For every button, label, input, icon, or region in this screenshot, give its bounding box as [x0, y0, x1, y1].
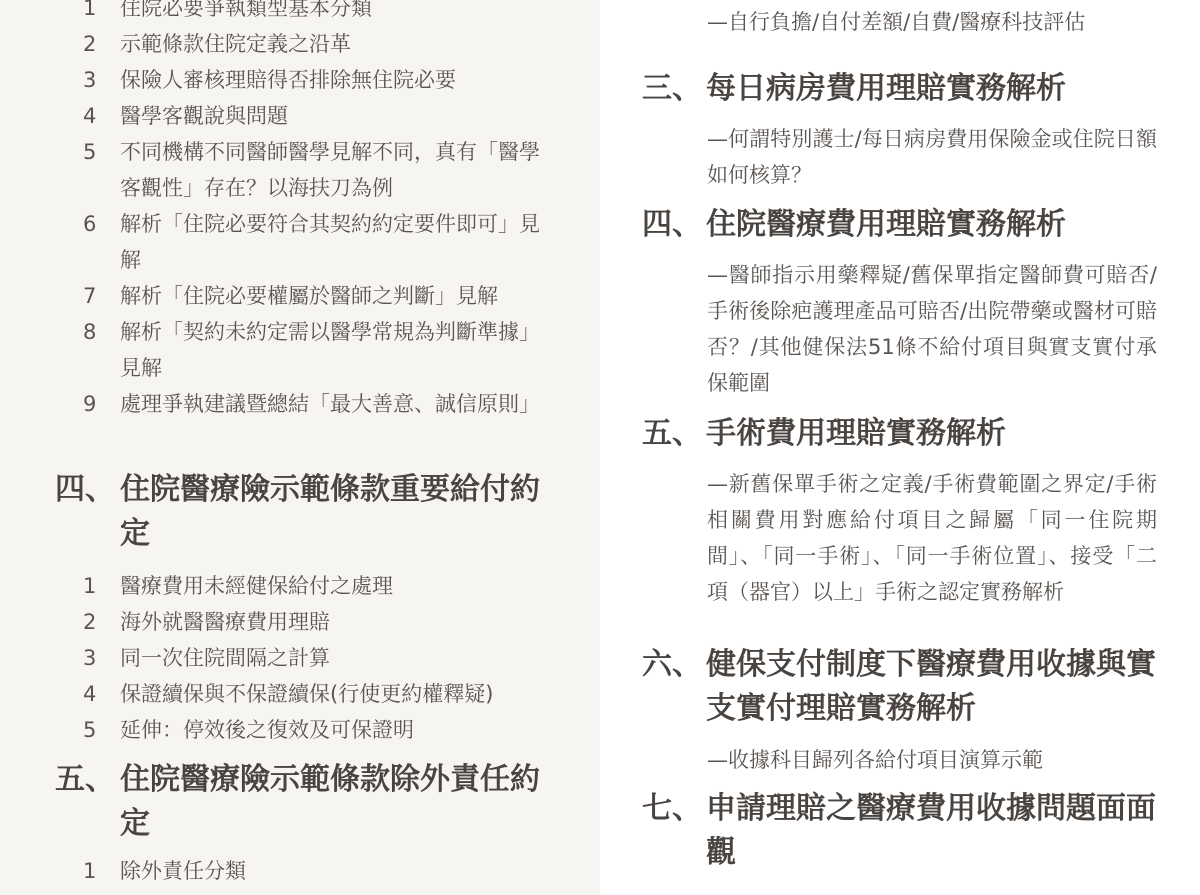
- item-number: 9: [83, 386, 103, 422]
- item-text: 解析「住院必要權屬於醫師之判斷」見解: [120, 278, 540, 314]
- section-description: —新舊保單手術之定義/手術費範圍之界定/手術相關費用對應給付項目之歸屬「同一住院…: [707, 466, 1157, 610]
- item-text: 處理爭執建議暨總結「最大善意、誠信原則」: [120, 386, 540, 422]
- section-title: 手術費用理賠實務解析: [706, 412, 1156, 456]
- item-number: 2: [83, 604, 103, 640]
- section-description: —何謂特別護士/每日病房費用保險金或住院日額如何核算？: [707, 121, 1157, 193]
- section-number: 七、: [642, 787, 702, 831]
- list-item: 9 處理爭執建議暨總結「最大善意、誠信原則」: [0, 386, 600, 458]
- list-item: 5 延伸：停效後之復效及可保證明: [0, 712, 600, 748]
- section-title: 住院醫療險示範條款重要給付約定: [120, 468, 550, 556]
- section-number: 五、: [642, 412, 702, 456]
- item-text: 解析「住院必要符合其契約約定要件即可」見解: [120, 206, 540, 278]
- list-item: 3 保險人審核理賠得否排除無住院必要: [0, 62, 600, 98]
- list-item: 2 海外就醫醫療費用理賠: [0, 604, 600, 640]
- item-number: 3: [83, 62, 103, 98]
- item-text: 示範條款住院定義之沿革: [120, 26, 540, 62]
- item-number: 2: [83, 26, 103, 62]
- right-column: —自行負擔/自付差額/自費/醫療科技評估 三、 每日病房費用理賠實務解析 —何謂…: [600, 0, 1200, 895]
- section-title: 健保支付制度下醫療費用收據與實支實付理賠實務解析: [706, 643, 1156, 731]
- item-text: 保證續保與不保證續保(行使更約權釋疑): [120, 676, 540, 712]
- section-description: —自行負擔/自付差額/自費/醫療科技評估: [707, 4, 1157, 40]
- list-item: 1 除外責任分類: [0, 853, 600, 889]
- section-number: 四、: [55, 468, 115, 512]
- item-text: 除外責任分類: [120, 853, 540, 889]
- item-text: 醫學客觀說與問題: [120, 98, 540, 134]
- section-heading: 四、 住院醫療險示範條款重要給付約定: [55, 468, 555, 556]
- section-heading: 七、 申請理賠之醫療費用收據問題面面觀: [642, 787, 1162, 875]
- item-number: 6: [83, 206, 103, 242]
- item-number: 1: [83, 0, 103, 26]
- item-text: 海外就醫醫療費用理賠: [120, 604, 540, 640]
- list-item: 6 解析「住院必要符合其契約約定要件即可」見解: [0, 206, 600, 278]
- section-heading: 五、 手術費用理賠實務解析: [642, 412, 1162, 456]
- item-text: 住院必要爭執類型基本分類: [120, 0, 540, 26]
- item-number: 5: [83, 712, 103, 748]
- item-text: 不同機構不同醫師醫學見解不同，真有「醫學客觀性」存在？以海扶刀為例: [120, 134, 540, 206]
- item-text: 解析「契約未約定需以醫學常規為判斷準據」見解: [120, 314, 540, 386]
- list-item: 4 保證續保與不保證續保(行使更約權釋疑): [0, 676, 600, 712]
- section-title: 每日病房費用理賠實務解析: [706, 67, 1156, 111]
- item-number: 3: [83, 640, 103, 676]
- item-text: 醫療費用未經健保給付之處理: [120, 568, 540, 604]
- section-title: 住院醫療費用理賠實務解析: [706, 203, 1156, 247]
- list-item: 3 同一次住院間隔之計算: [0, 640, 600, 676]
- list-item: 1 醫療費用未經健保給付之處理: [0, 568, 600, 604]
- section-title: 申請理賠之醫療費用收據問題面面觀: [706, 787, 1156, 875]
- section-description: —醫師指示用藥釋疑/舊保單指定醫師費可賠否/手術後除疤護理產品可賠否/出院帶藥或…: [707, 257, 1157, 401]
- section-title: 住院醫療險示範條款除外責任約定: [120, 758, 550, 846]
- item-number: 1: [83, 568, 103, 604]
- section-heading: 三、 每日病房費用理賠實務解析: [642, 67, 1162, 111]
- left-column: 1 住院必要爭執類型基本分類 2 示範條款住院定義之沿革 3 保險人審核理賠得否…: [0, 0, 600, 895]
- item-text: 同一次住院間隔之計算: [120, 640, 540, 676]
- item-number: 5: [83, 134, 103, 170]
- section-heading: 六、 健保支付制度下醫療費用收據與實支實付理賠實務解析: [642, 643, 1162, 731]
- section-number: 四、: [642, 203, 702, 247]
- section-heading: 五、 住院醫療險示範條款除外責任約定: [55, 758, 555, 846]
- list-item: 8 解析「契約未約定需以醫學常規為判斷準據」見解: [0, 314, 600, 386]
- item-number: 4: [83, 676, 103, 712]
- item-text: 延伸：停效後之復效及可保證明: [120, 712, 540, 748]
- list-item: 4 醫學客觀說與問題: [0, 98, 600, 134]
- item-number: 4: [83, 98, 103, 134]
- list-item: 7 解析「住院必要權屬於醫師之判斷」見解: [0, 278, 600, 314]
- section-number: 五、: [55, 758, 115, 802]
- item-number: 1: [83, 853, 103, 889]
- section-number: 三、: [642, 67, 702, 111]
- item-number: 8: [83, 314, 103, 350]
- section-heading: 四、 住院醫療費用理賠實務解析: [642, 203, 1162, 247]
- item-text: 保險人審核理賠得否排除無住院必要: [120, 62, 540, 98]
- list-item: 2 示範條款住院定義之沿革: [0, 26, 600, 62]
- section-description: —收據科目歸列各給付項目演算示範: [707, 742, 1157, 778]
- list-item: 5 不同機構不同醫師醫學見解不同，真有「醫學客觀性」存在？以海扶刀為例: [0, 134, 600, 206]
- section-number: 六、: [642, 643, 702, 687]
- item-number: 7: [83, 278, 103, 314]
- list-item: 1 住院必要爭執類型基本分類: [0, 0, 600, 26]
